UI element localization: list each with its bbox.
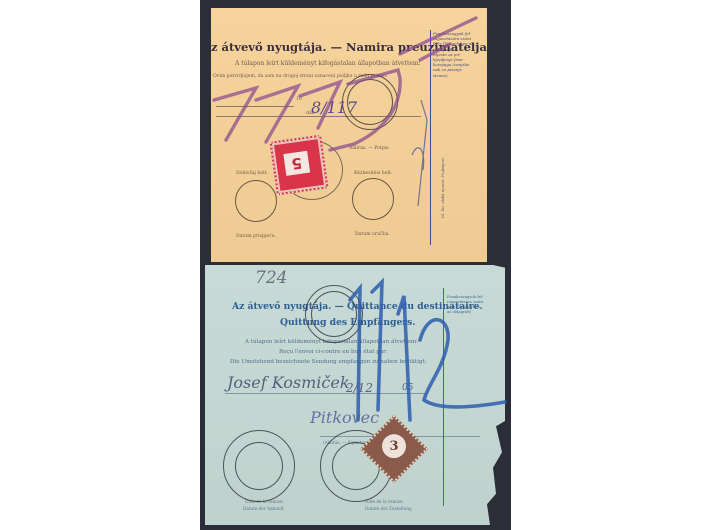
purple-crayon-1112 <box>214 18 476 150</box>
pencil-strokes <box>412 100 427 206</box>
blue-crayon-1112 <box>350 282 505 420</box>
crayon-marks <box>0 0 710 530</box>
